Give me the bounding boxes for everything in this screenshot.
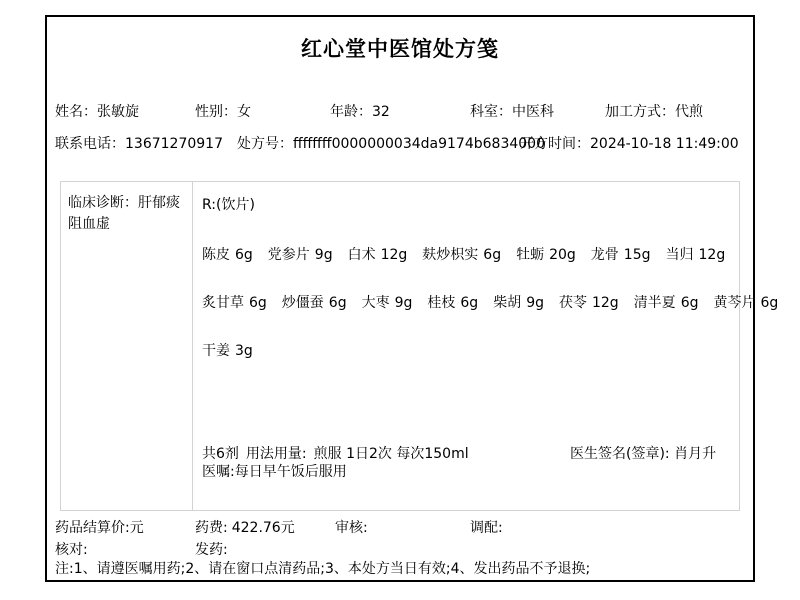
herb-item: 陈皮6g xyxy=(202,247,253,263)
prescription-time-value: 2024-10-18 11:49:00 xyxy=(590,136,739,152)
prescription-number-label: 处方号： xyxy=(237,136,293,152)
patient-gender-label: 性别： xyxy=(195,104,237,120)
prescription-number-value: ffffffff0000000034da9174b6834000 xyxy=(293,136,545,152)
herb-dose: 6g xyxy=(329,295,347,311)
dispense-label: 发药: xyxy=(195,542,228,558)
prescription-sheet: 红心堂中医馆处方笺 姓名：张敏旋 性别：女 年龄：32 科室：中医科 加工方式：… xyxy=(45,15,755,582)
herb-item: 茯苓12g xyxy=(559,295,619,311)
herb-dose: 6g xyxy=(235,247,253,263)
patient-name-field: 姓名：张敏旋 xyxy=(55,101,139,121)
doctor-signature-value: 肖月升 xyxy=(674,446,716,462)
herb-item: 柴胡9g xyxy=(493,295,544,311)
herb-dose: 6g xyxy=(460,295,478,311)
dosage-summary: 共6剂用法用量:煎服 1日2次 每次150ml 医嘱:每日早午饭后服用 xyxy=(202,445,469,481)
herb-name: 茯苓 xyxy=(559,295,587,311)
herb-item: 黄芩片6g xyxy=(713,295,778,311)
phone-label: 联系电话： xyxy=(55,136,125,152)
herb-name: 大枣 xyxy=(362,295,390,311)
herb-dose: 6g xyxy=(483,247,501,263)
doctor-signature-label: 医生签名(签章): xyxy=(570,446,670,462)
herb-name: 当归 xyxy=(666,247,694,263)
herb-item: 党参片9g xyxy=(268,247,333,263)
check-field: 核对: xyxy=(55,539,88,559)
advice-label: 医嘱: xyxy=(202,464,235,480)
herb-dose: 6g xyxy=(681,295,699,311)
prepare-label: 调配: xyxy=(470,520,503,536)
clinic-title: 红心堂中医馆处方笺 xyxy=(47,33,753,63)
herb-dose: 6g xyxy=(249,295,267,311)
settlement-price-value: 元 xyxy=(130,520,144,536)
settlement-price-label: 药品结算价: xyxy=(55,520,130,536)
processing-method-field: 加工方式：代煎 xyxy=(605,101,703,121)
usage-value: 煎服 1日2次 每次150ml xyxy=(314,446,469,462)
doctor-signature-block: 医生签名(签章): 肖月升 xyxy=(570,445,742,464)
herb-name: 柴胡 xyxy=(493,295,521,311)
herb-name: 黄芩片 xyxy=(713,295,755,311)
herb-name: 龙骨 xyxy=(591,247,619,263)
rx-header: R:(饮片) xyxy=(202,194,255,214)
herb-dose: 12g xyxy=(699,247,726,263)
herb-name: 牡蛎 xyxy=(516,247,544,263)
herb-line: 陈皮6g党参片9g白术12g麸炒枳实6g牡蛎20g龙骨15g当归12g xyxy=(202,244,735,264)
herb-dose: 9g xyxy=(526,295,544,311)
usage-label: 用法用量: xyxy=(246,446,307,462)
herb-name: 麸炒枳实 xyxy=(422,247,478,263)
herb-name: 党参片 xyxy=(268,247,310,263)
herb-dose: 12g xyxy=(592,295,619,311)
herb-name: 白术 xyxy=(348,247,376,263)
herb-dose: 15g xyxy=(624,247,651,263)
advice-value: 每日早午饭后服用 xyxy=(235,464,347,480)
herb-dose: 9g xyxy=(315,247,333,263)
patient-age-field: 年龄：32 xyxy=(330,101,390,121)
prescription-box: 临床诊断：肝郁痰阻血虚 R:(饮片) 陈皮6g党参片9g白术12g麸炒枳实6g牡… xyxy=(60,181,740,511)
herb-dose: 9g xyxy=(395,295,413,311)
herb-name: 桂枝 xyxy=(427,295,455,311)
department-value: 中医科 xyxy=(512,104,554,120)
herb-name: 陈皮 xyxy=(202,247,230,263)
prescription-content: R:(饮片) 陈皮6g党参片9g白术12g麸炒枳实6g牡蛎20g龙骨15g当归1… xyxy=(193,182,739,510)
herb-name: 清半夏 xyxy=(634,295,676,311)
clinical-diagnosis-cell: 临床诊断：肝郁痰阻血虚 xyxy=(61,182,193,510)
herb-item: 牡蛎20g xyxy=(516,247,576,263)
herb-line: 炙甘草6g炒僵蚕6g大枣9g桂枝6g柴胡9g茯苓12g清半夏6g黄芩片6g xyxy=(202,292,735,312)
patient-gender-field: 性别：女 xyxy=(195,101,251,121)
processing-method-value: 代煎 xyxy=(675,104,703,120)
patient-name-value: 张敏旋 xyxy=(97,104,139,120)
review-field: 审核: xyxy=(335,517,368,537)
herb-dose: 6g xyxy=(760,295,778,311)
herb-item: 大枣9g xyxy=(362,295,413,311)
herb-name: 干姜 xyxy=(202,343,230,359)
herb-dose: 20g xyxy=(549,247,576,263)
prescription-document: { "header": { "title": "红心堂中医馆处方笺" }, "p… xyxy=(0,0,800,600)
patient-age-value: 32 xyxy=(372,104,390,120)
herb-item: 干姜3g xyxy=(202,343,253,359)
fee-label: 药费: xyxy=(195,520,228,536)
prescription-time-field: 开方时间：2024-10-18 11:49:00 xyxy=(520,133,739,153)
prescription-time-label: 开方时间： xyxy=(520,136,590,152)
total-doses: 共6剂 xyxy=(202,446,239,462)
prescription-number-field: 处方号：ffffffff0000000034da9174b6834000 xyxy=(237,133,545,153)
herb-item: 麸炒枳实6g xyxy=(422,247,501,263)
herb-name: 炒僵蚕 xyxy=(282,295,324,311)
patient-gender-value: 女 xyxy=(237,104,251,120)
herb-item: 炒僵蚕6g xyxy=(282,295,347,311)
phone-value: 13671270917 xyxy=(125,136,223,152)
department-label: 科室： xyxy=(470,104,512,120)
patient-age-label: 年龄： xyxy=(330,104,372,120)
herb-item: 当归12g xyxy=(666,247,726,263)
herb-item: 白术12g xyxy=(348,247,408,263)
phone-field: 联系电话：13671270917 xyxy=(55,133,223,153)
prepare-field: 调配: xyxy=(470,517,503,537)
processing-method-label: 加工方式： xyxy=(605,104,675,120)
review-label: 审核: xyxy=(335,520,368,536)
herb-dose: 3g xyxy=(235,343,253,359)
usage-line: 共6剂用法用量:煎服 1日2次 每次150ml xyxy=(202,445,469,463)
fee-value: 422.76元 xyxy=(232,520,295,536)
herb-item: 清半夏6g xyxy=(634,295,699,311)
fee-field: 药费:422.76元 xyxy=(195,517,295,537)
herb-item: 炙甘草6g xyxy=(202,295,267,311)
herb-name: 炙甘草 xyxy=(202,295,244,311)
herb-item: 龙骨15g xyxy=(591,247,651,263)
footer-note: 注:1、请遵医嘱用药;2、请在窗口点清药品;3、本处方当日有效;4、发出药品不予… xyxy=(55,558,590,578)
department-field: 科室：中医科 xyxy=(470,101,554,121)
herb-dose: 12g xyxy=(381,247,408,263)
doctor-advice-line: 医嘱:每日早午饭后服用 xyxy=(202,463,469,481)
check-label: 核对: xyxy=(55,542,88,558)
herb-line: 干姜3g xyxy=(202,340,735,360)
dispense-field: 发药: xyxy=(195,539,228,559)
settlement-price-field: 药品结算价:元 xyxy=(55,517,144,537)
patient-name-label: 姓名： xyxy=(55,104,97,120)
herb-item: 桂枝6g xyxy=(427,295,478,311)
diagnosis-label: 临床诊断： xyxy=(68,195,138,211)
